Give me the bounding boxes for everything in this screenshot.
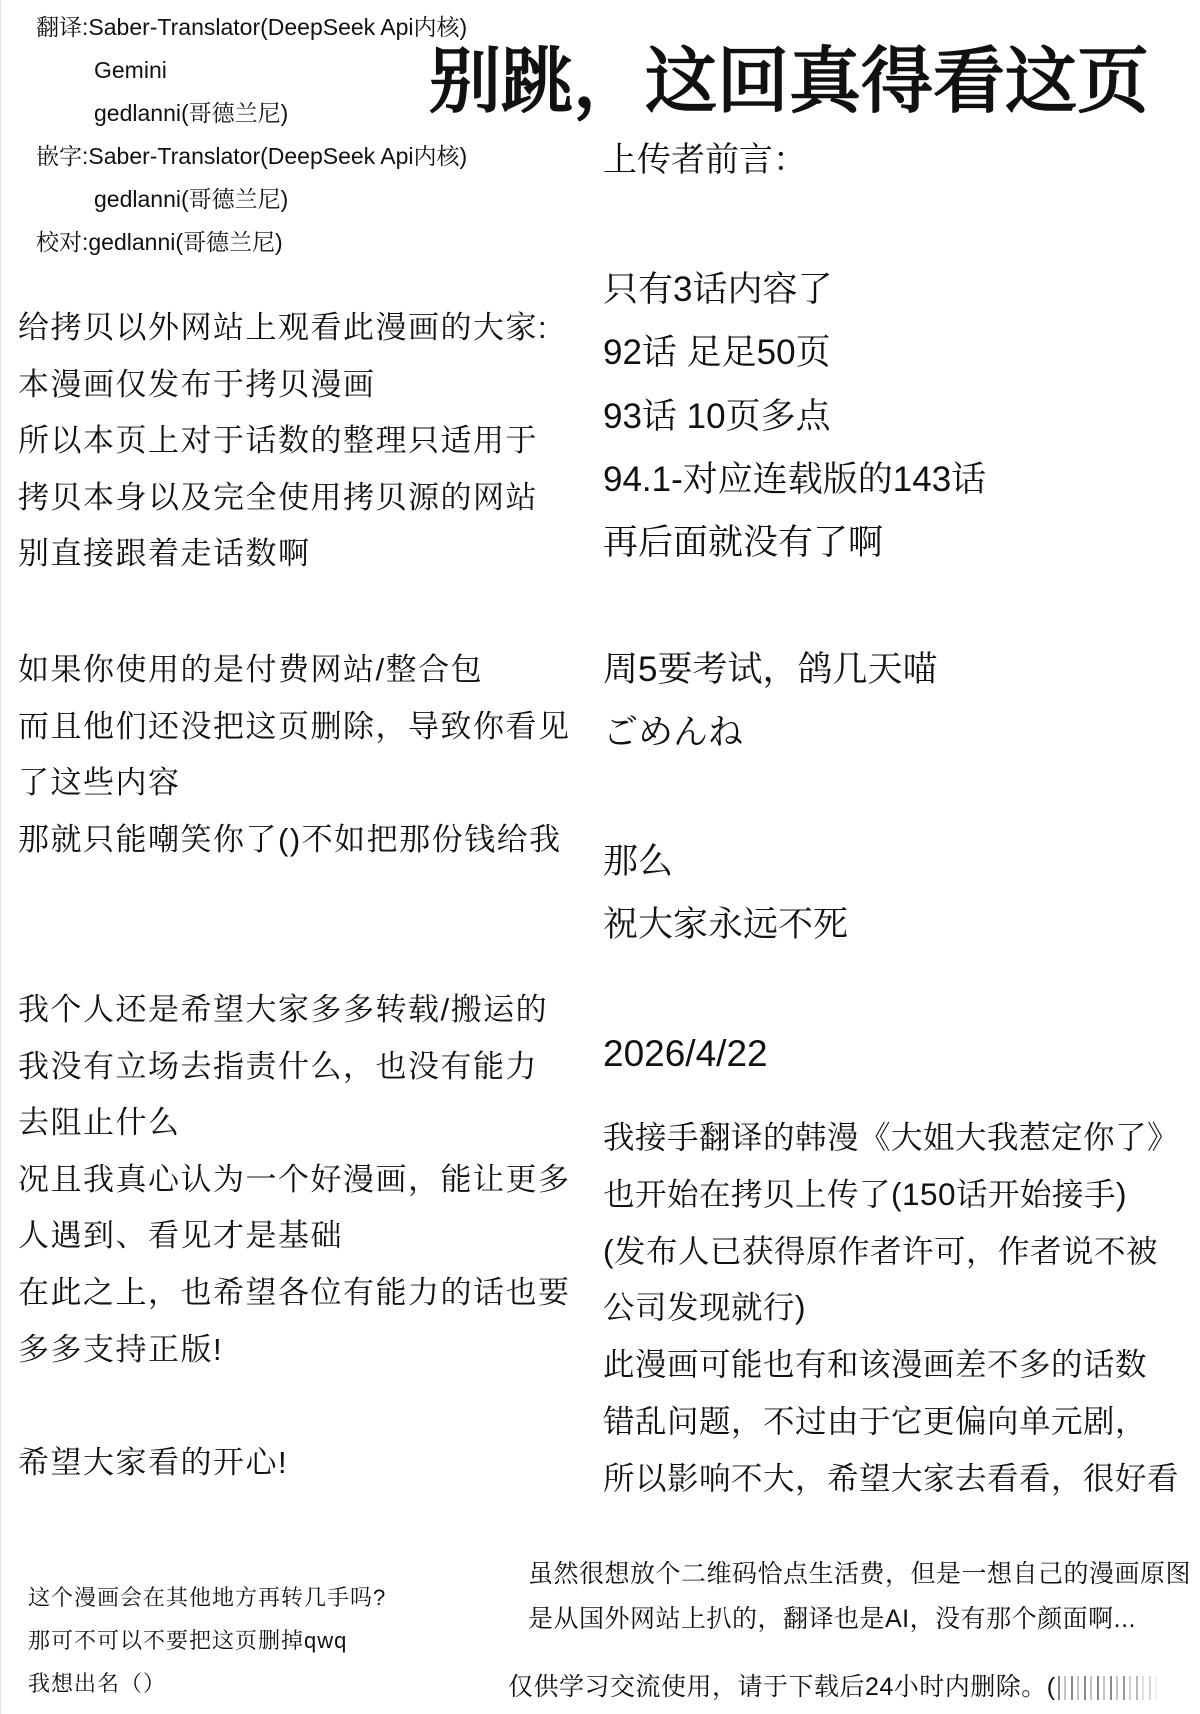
credit-proofreading: 校对:gedlanni(哥德兰尼): [36, 221, 467, 264]
text-line: 而且他们还没把这页删除，导致你看见: [18, 699, 571, 756]
text-line: 94.1-对应连载版的143话: [603, 448, 986, 511]
text-line: 祝大家永远不死: [603, 893, 848, 956]
text-line: 此漫画可能也有和该漫画差不多的话数: [603, 1336, 1179, 1393]
text-line: 拷贝本身以及完全使用拷贝源的网站: [18, 470, 548, 527]
text-line: 多多支持正版!: [18, 1322, 571, 1379]
text-line: ごめんね: [603, 701, 937, 764]
paid-sites-block: 如果你使用的是付费网站/整合包 而且他们还没把这页删除，导致你看见 了这些内容 …: [18, 642, 571, 868]
text-line: 错乱问题，不过由于它更偏向单元剧，: [603, 1393, 1179, 1450]
text-line: 本漫画仅发布于拷贝漫画: [18, 357, 548, 414]
uploader-note-heading: 上传者前言：: [603, 140, 807, 180]
credit-value: Saber-Translator(DeepSeek Api内核): [88, 143, 467, 169]
credit-label: 嵌字:: [36, 143, 88, 169]
text-line: 我接手翻译的韩漫《大姐大我惹定你了》: [603, 1109, 1179, 1166]
closing-line: 希望大家看的开心!: [18, 1435, 288, 1492]
credit-translation: 翻译:Saber-Translator(DeepSeek Api内核): [36, 6, 467, 49]
text-line: 也开始在拷贝上传了(150话开始接手): [603, 1166, 1179, 1223]
text-line: 只有3话内容了: [603, 258, 986, 321]
notice-page: 翻译:Saber-Translator(DeepSeek Api内核) Gemi…: [0, 0, 1200, 1714]
text-line: 所以影响不大，希望大家去看看，很好看: [603, 1450, 1179, 1507]
text-line: 那么: [603, 830, 848, 893]
credit-typesetting: 嵌字:Saber-Translator(DeepSeek Api内核): [36, 135, 467, 178]
text-line: 况且我真心认为一个好漫画，能让更多: [18, 1152, 571, 1209]
text-line: 周5要考试，鸽几天喵: [603, 638, 937, 701]
text-line: 了这些内容: [18, 755, 571, 812]
text-line: 人遇到、看见才是基础: [18, 1208, 571, 1265]
obscured-watermark: [1058, 1676, 1158, 1700]
text-line: 再后面就没有了啊: [603, 511, 986, 574]
credit-value: gedlanni(哥德兰尼): [36, 92, 467, 135]
text-line: 在此之上，也希望各位有能力的话也要: [18, 1265, 571, 1322]
footer-right-block: 虽然很想放个二维码恰点生活费，但是一想自己的漫画原图 是从国外网站上扒的，翻译也…: [528, 1552, 1191, 1642]
text-line: 那就只能嘲笑你了()不如把那份钱给我: [18, 812, 571, 869]
footer-left-block: 这个漫画会在其他地方再转几手吗? 那可不可以不要把这页删掉qwq 我想出名（）: [28, 1576, 386, 1705]
sharing-block: 我个人还是希望大家多多转载/搬运的 我没有立场去指责什么，也没有能力 去阻止什么…: [18, 982, 571, 1378]
text-line: 如果你使用的是付费网站/整合包: [18, 642, 571, 699]
platform-notice-block: 给拷贝以外网站上观看此漫画的大家: 本漫画仅发布于拷贝漫画 所以本页上对于话数的…: [18, 300, 548, 583]
disclaimer-text: 仅供学习交流使用，请于下载后24小时内删除。(: [508, 1673, 1056, 1701]
text-line: 虽然很想放个二维码恰点生活费，但是一想自己的漫画原图: [528, 1552, 1191, 1597]
text-line: 93话 10页多点: [603, 385, 986, 448]
recommendation-block: 我接手翻译的韩漫《大姐大我惹定你了》 也开始在拷贝上传了(150话开始接手) (…: [603, 1109, 1179, 1507]
credit-label: 翻译:: [36, 14, 88, 40]
text-line: 是从国外网站上扒的，翻译也是AI，没有那个颜面啊...: [528, 1597, 1191, 1642]
credit-value: gedlanni(哥德兰尼): [88, 229, 282, 255]
page-title: 别跳，这回真得看这页: [429, 37, 1149, 127]
text-line: 这个漫画会在其他地方再转几手吗?: [28, 1576, 386, 1619]
text-line: 我想出名（）: [28, 1662, 386, 1705]
text-line: 别直接跟着走话数啊: [18, 526, 548, 583]
credit-value: Saber-Translator(DeepSeek Api内核): [88, 14, 467, 40]
credit-value: gedlanni(哥德兰尼): [36, 178, 467, 221]
text-line: 去阻止什么: [18, 1095, 571, 1152]
text-line: 我没有立场去指责什么，也没有能力: [18, 1039, 571, 1096]
disclaimer-line: 仅供学习交流使用，请于下载后24小时内删除。(: [508, 1667, 1158, 1707]
text-line: (发布人已获得原作者许可，作者说不被: [603, 1223, 1179, 1280]
text-line: 我个人还是希望大家多多转载/搬运的: [18, 982, 571, 1039]
farewell-block: 那么 祝大家永远不死: [603, 830, 848, 957]
credits-block: 翻译:Saber-Translator(DeepSeek Api内核) Gemi…: [36, 6, 467, 264]
text-line: 那可不可以不要把这页删掉qwq: [28, 1619, 386, 1662]
text-line: 公司发现就行): [603, 1279, 1179, 1336]
credit-label: 校对:: [36, 229, 88, 255]
credit-value: Gemini: [36, 49, 467, 92]
text-line: 给拷贝以外网站上观看此漫画的大家:: [18, 300, 548, 357]
delay-notice-block: 周5要考试，鸽几天喵 ごめんね: [603, 638, 937, 765]
text-line: 92话 足足50页: [603, 321, 986, 384]
text-line: 所以本页上对于话数的整理只适用于: [18, 413, 548, 470]
chapter-info-block: 只有3话内容了 92话 足足50页 93话 10页多点 94.1-对应连载版的1…: [603, 258, 986, 574]
note-date: 2026/4/22: [603, 1029, 768, 1079]
